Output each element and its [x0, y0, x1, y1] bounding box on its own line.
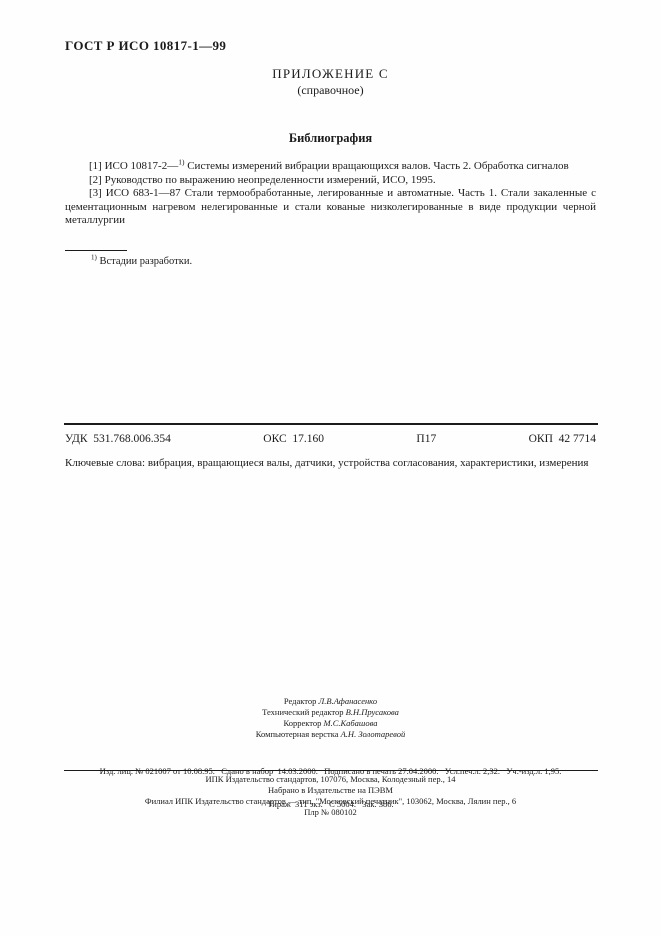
- footnote-text: 1) Встадии разработки.: [65, 256, 596, 267]
- staff-role: Технический редактор: [262, 707, 343, 717]
- bib-item-text: [1] ИСО 10817-2—: [89, 160, 178, 172]
- udk-value: УДК 531.768.006.354: [65, 433, 171, 445]
- bib-item-text: Системы измерений вибрации вращающихся в…: [184, 160, 568, 172]
- udk-separator-rule: [64, 423, 598, 425]
- staff-credit: Технический редактор В.Н.Прусакова: [0, 707, 661, 718]
- p17-value: П17: [416, 433, 436, 445]
- staff-role: Редактор: [284, 696, 317, 706]
- plr-line: Плр № 080102: [65, 807, 596, 818]
- document-page: ГОСТ Р ИСО 10817-1—99 ПРИЛОЖЕНИЕ С (спра…: [0, 0, 661, 936]
- doc-code: ГОСТ Р ИСО 10817-1—99: [65, 38, 226, 54]
- appendix-title: ПРИЛОЖЕНИЕ С: [0, 66, 661, 82]
- staff-name: В.Н.Прусакова: [346, 707, 399, 717]
- staff-role: Компьютерная верстка: [256, 729, 339, 739]
- classification-row: УДК 531.768.006.354 ОКС 17.160 П17 ОКП 4…: [65, 433, 596, 445]
- footnote-rule: [65, 250, 127, 251]
- appendix-header: ПРИЛОЖЕНИЕ С (справочное): [0, 66, 661, 98]
- oks-value: ОКС 17.160: [263, 433, 324, 445]
- imprint-publisher-block: ИПК Издательство стандартов, 107076, Мос…: [65, 774, 596, 818]
- bibliography-item: [3] ИСО 683-1—87 Стали термообработанные…: [65, 187, 596, 228]
- staff-credit: Корректор М.С.Кабашова: [0, 718, 661, 729]
- staff-role: Корректор: [284, 718, 322, 728]
- branch-line: Филиал ИПК Издательство стандартов — тип…: [65, 796, 596, 807]
- imprint-separator-rule: [64, 770, 598, 771]
- footnote: 1) Встадии разработки.: [65, 250, 596, 267]
- staff-credit: Редактор Л.В.Афанасенко: [0, 696, 661, 707]
- bib-item-text: [3] ИСО 683-1—87 Стали термообработанные…: [65, 187, 596, 226]
- staff-credit: Компьютерная верстка А.Н. Золотаревой: [0, 729, 661, 740]
- typeset-line: Набрано в Издательстве на ПЭВМ: [65, 785, 596, 796]
- appendix-subtitle: (справочное): [0, 83, 661, 98]
- bibliography-item: [1] ИСО 10817-2—1) Системы измерений виб…: [65, 160, 596, 174]
- bibliography-section: Библиография [1] ИСО 10817-2—1) Системы …: [65, 131, 596, 228]
- publisher-line: ИПК Издательство стандартов, 107076, Мос…: [65, 774, 596, 785]
- staff-credits: Редактор Л.В.Афанасенко Технический реда…: [0, 696, 661, 740]
- staff-name: Л.В.Афанасенко: [319, 696, 378, 706]
- okp-value: ОКП 42 7714: [529, 433, 596, 445]
- bib-item-text: [2] Руководство по выражению неопределен…: [89, 174, 436, 186]
- staff-name: А.Н. Золотаревой: [341, 729, 406, 739]
- staff-name: М.С.Кабашова: [324, 718, 378, 728]
- bibliography-heading: Библиография: [65, 131, 596, 146]
- keywords-text: Ключевые слова: вибрация, вращающиеся ва…: [65, 457, 596, 471]
- bibliography-item: [2] Руководство по выражению неопределен…: [65, 174, 596, 188]
